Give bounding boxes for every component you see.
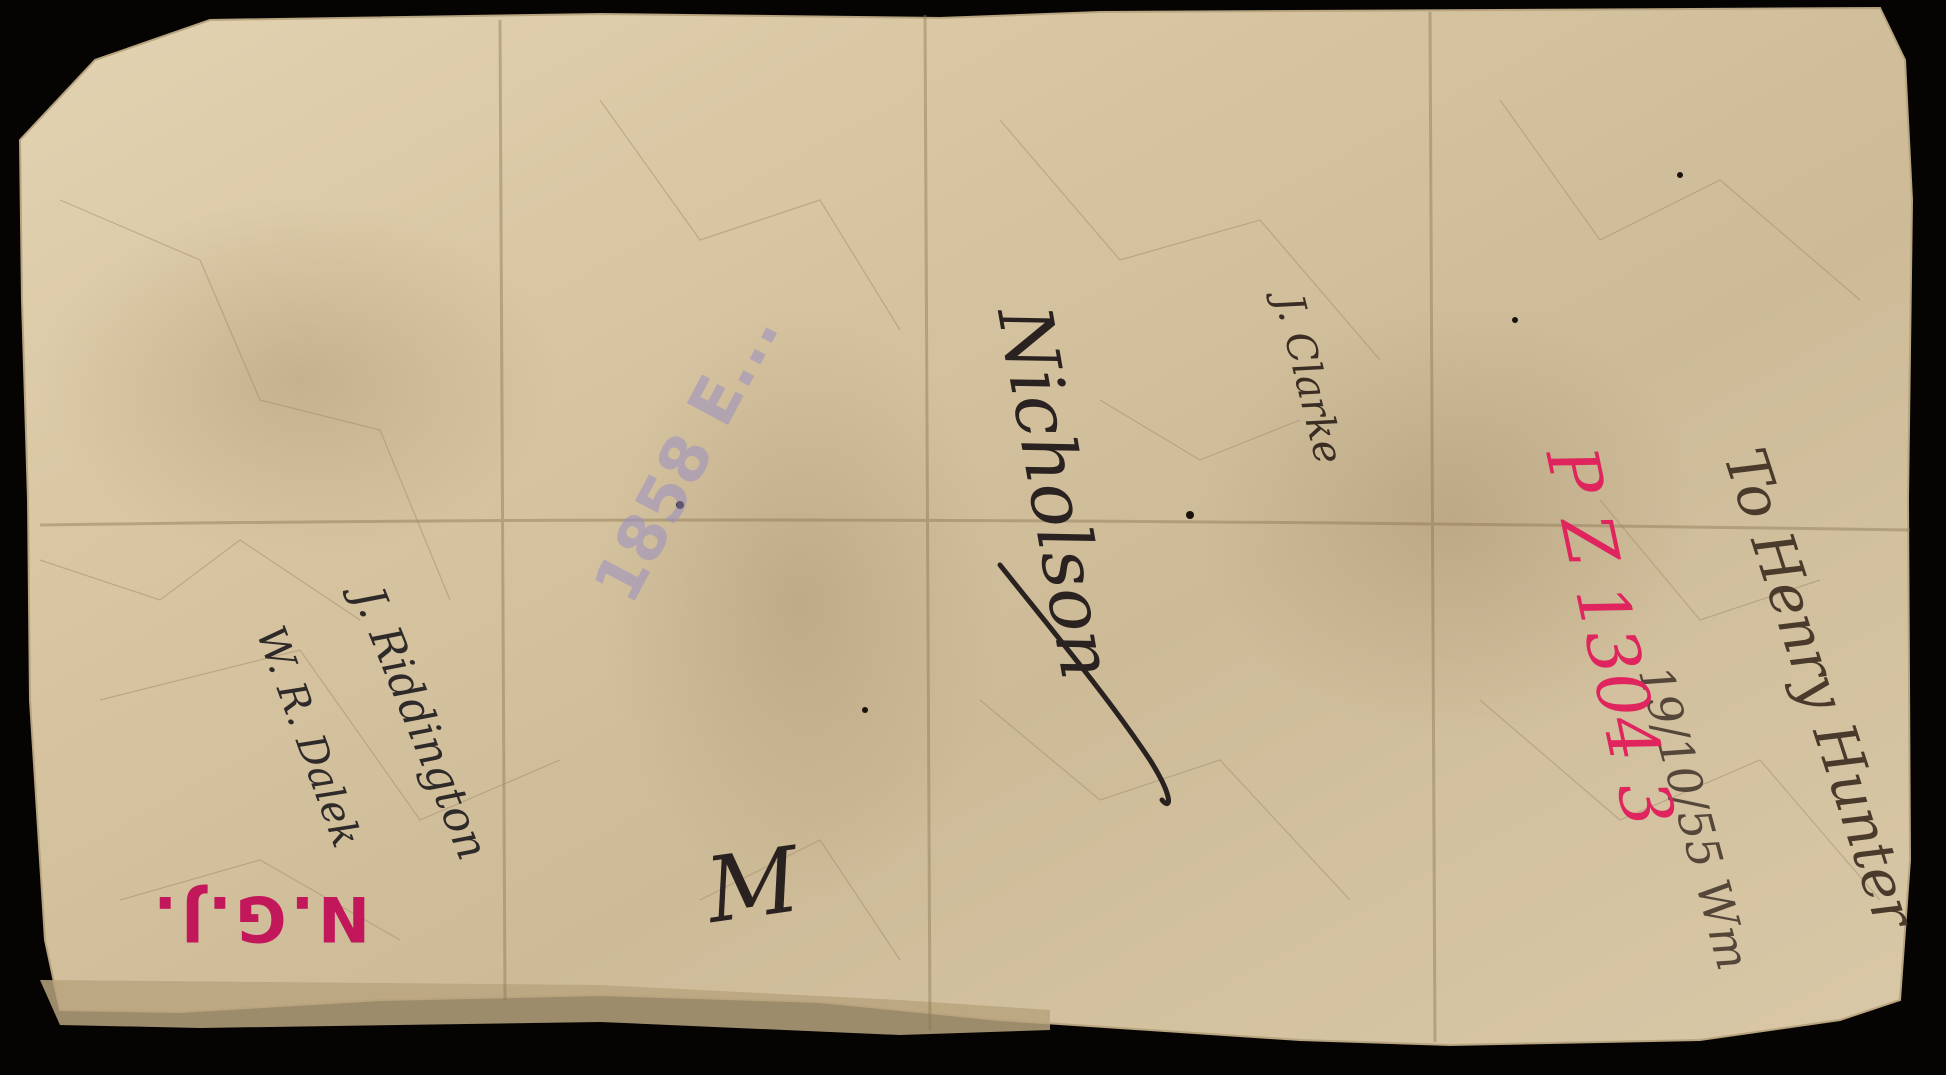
banknote-photo: To Henry Hunter 19/10/55 Wm P Z 1304 3 N…	[0, 0, 1946, 1075]
initials-bottom: M	[700, 827, 806, 944]
crimson-stamp: N.G.J.	[149, 882, 370, 955]
